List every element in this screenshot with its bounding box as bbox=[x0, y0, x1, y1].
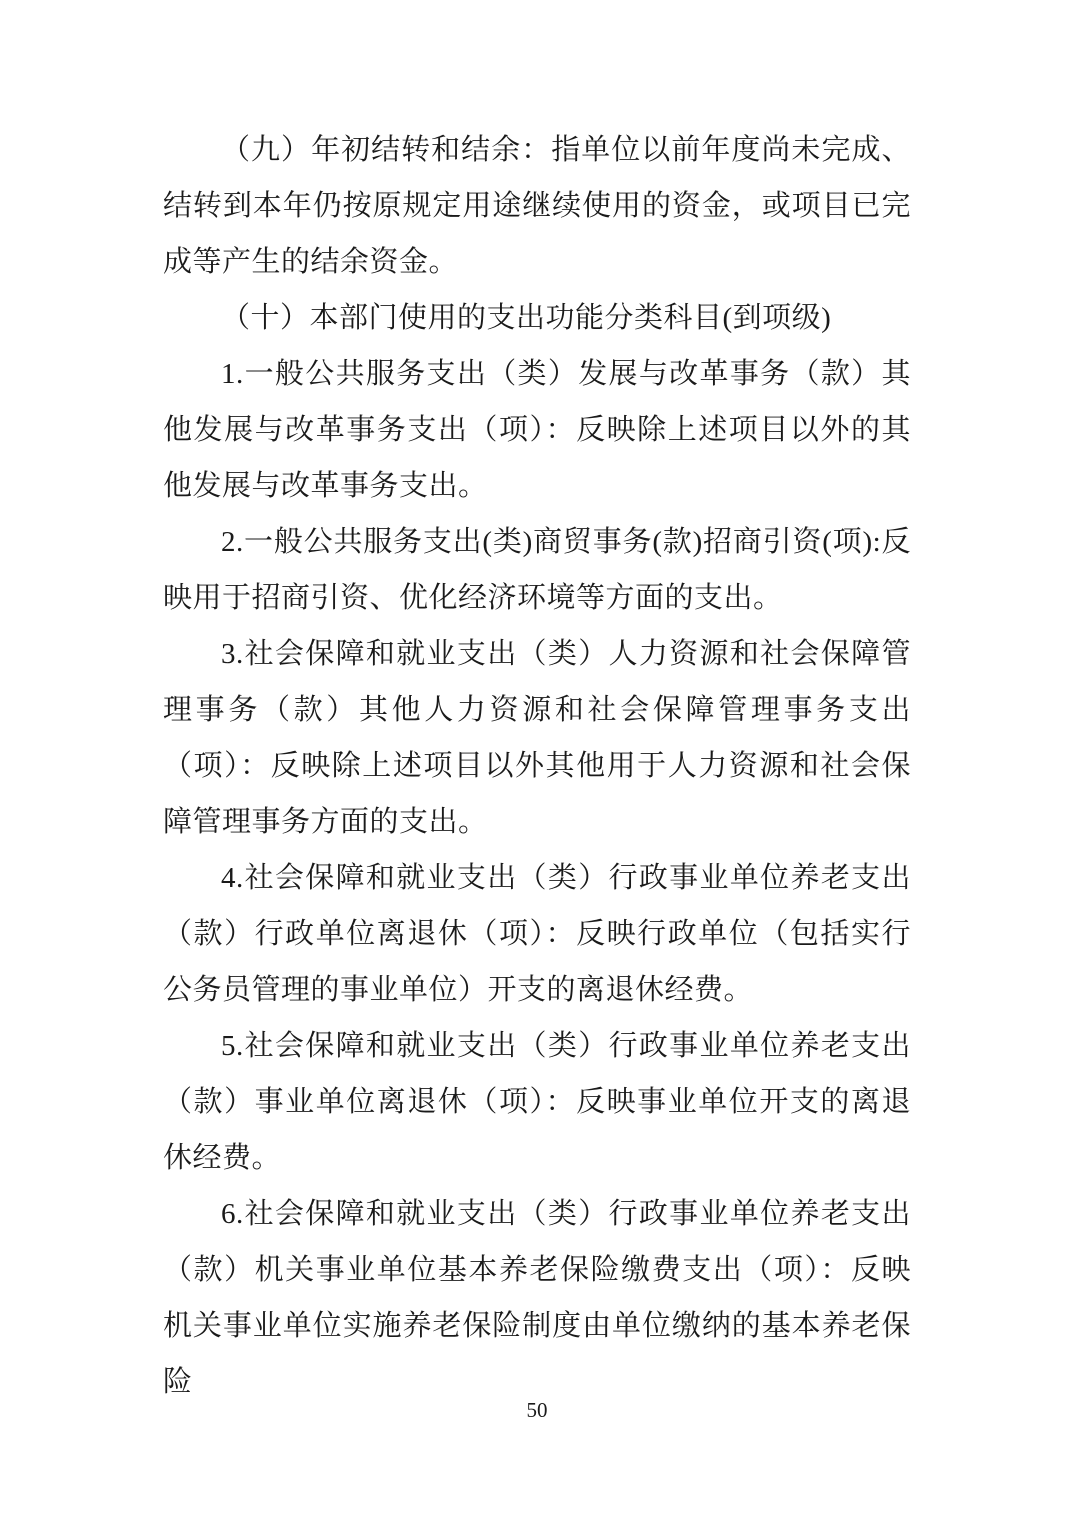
paragraph-item-3: 3.社会保障和就业支出（类）人力资源和社会保障管理事务（款）其他人力资源和社会保… bbox=[163, 626, 911, 850]
page-footer: 50 bbox=[0, 1398, 1074, 1423]
page-number: 50 bbox=[527, 1398, 548, 1422]
page-content: （九）年初结转和结余：指单位以前年度尚未完成、结转到本年仍按原规定用途继续使用的… bbox=[163, 122, 911, 1410]
paragraph-item-2: 2.一般公共服务支出(类)商贸事务(款)招商引资(项):反映用于招商引资、优化经… bbox=[163, 514, 911, 626]
paragraph-item-5: 5.社会保障和就业支出（类）行政事业单位养老支出（款）事业单位离退休（项）：反映… bbox=[163, 1018, 911, 1186]
paragraph-item-1: 1.一般公共服务支出（类）发展与改革事务（款）其他发展与改革事务支出（项）：反映… bbox=[163, 346, 911, 514]
paragraph-item-4: 4.社会保障和就业支出（类）行政事业单位养老支出（款）行政单位离退休（项）：反映… bbox=[163, 850, 911, 1018]
paragraph-nian-chu-jie-zhuan: （九）年初结转和结余：指单位以前年度尚未完成、结转到本年仍按原规定用途继续使用的… bbox=[163, 122, 911, 290]
document-page: （九）年初结转和结余：指单位以前年度尚未完成、结转到本年仍按原规定用途继续使用的… bbox=[0, 0, 1074, 1520]
paragraph-item-6: 6.社会保障和就业支出（类）行政事业单位养老支出（款）机关事业单位基本养老保险缴… bbox=[163, 1186, 911, 1410]
paragraph-section-heading-zhichu-kemu: （十）本部门使用的支出功能分类科目(到项级) bbox=[163, 290, 911, 346]
